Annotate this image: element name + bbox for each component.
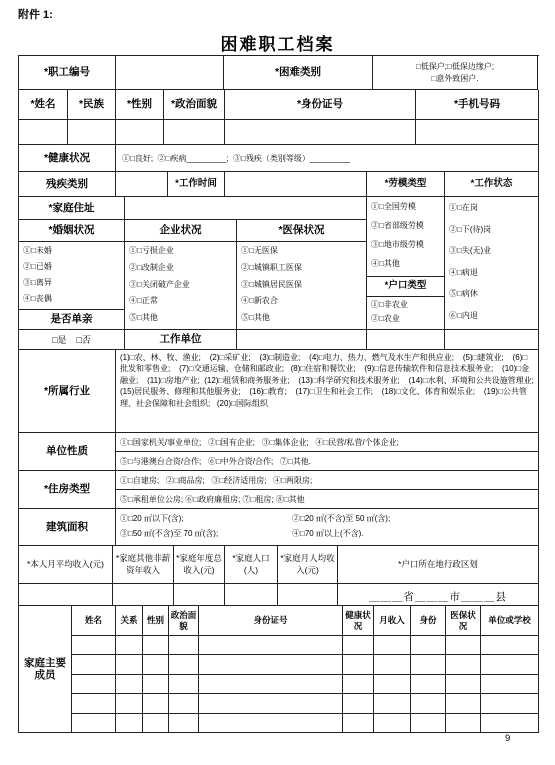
building-area-option: ②□20 ㎡(不含)至 50 ㎡(含); [292, 513, 390, 524]
hukou-option: ①□非农业 [371, 301, 442, 310]
personal-income-value-cell [19, 584, 113, 606]
family-empty-rows [72, 636, 539, 733]
family-empty-row [72, 636, 539, 655]
family-annual-income-header: *家庭年度总收入(元) [174, 546, 225, 584]
industry-options: (1)□农、林、牧、渔业; (2)□采矿业; (3)□制造业; (4)□电力、热… [116, 350, 539, 433]
family-value-cell [481, 714, 539, 733]
row-housing: *住房类型 ①□自建房; ②□商品房; ③□经济适用房; ④□两限房; ⑤□承租… [19, 471, 539, 509]
family-value-cell [72, 714, 116, 733]
form-table: *职工编号 *困难类别 □低保户;□低保边缘户; □意外致困户. *姓名 *民族… [18, 55, 539, 733]
ethnicity-header: *民族 [68, 90, 116, 120]
hukou-option: ②□农业 [371, 315, 442, 324]
insurance-option: ⑤□其他 [241, 314, 364, 323]
hukou-region-value: ＿＿＿省＿＿＿市＿＿＿县 [338, 584, 539, 606]
family-value-cell [199, 675, 343, 694]
housing-line: ①□自建房; ②□商品房; ③□经济适用房; ④□两限房; [116, 471, 539, 490]
difficulty-category-options: □低保户;□低保边缘户; □意外致困户. [373, 56, 538, 90]
model-worker-option: ③□地市级劳模 [371, 241, 442, 250]
family-value-cell [169, 694, 199, 713]
insurance-column: *医保状况 ①□无医保 ②□城镇职工医保 ③□城镇居民医保 ④□新农合 ⑤□其他 [237, 220, 367, 350]
enterprise-option: ②□改制企业 [129, 264, 234, 273]
family-other-income-value-cell [113, 584, 174, 606]
family-value-cell [72, 694, 116, 713]
family-value-cell [411, 675, 446, 694]
family-value-cell [446, 655, 481, 674]
work-status-filler-cell [445, 330, 539, 350]
row-home-address: *家庭住址 [19, 197, 367, 220]
insurance-option: ④□新农合 [241, 297, 364, 306]
family-empty-row [72, 694, 539, 713]
model-worker-option: ②□省部级劳模 [371, 222, 442, 231]
difficulty-option-line: □低保户;□低保边缘户; [416, 61, 494, 73]
health-label: *健康状况 [19, 145, 116, 172]
work-unit-label: 工作单位 [125, 330, 237, 350]
id-number-value-cell [225, 120, 416, 145]
gender-value-cell [116, 120, 164, 145]
work-status-label: *工作状态 [445, 172, 539, 197]
row-health: *健康状况 ①□良好; ②□疾病_________; ③□残疾（类别等级）___… [19, 145, 539, 172]
family-value-cell [343, 636, 374, 655]
model-worker-label: *劳模类型 [367, 172, 445, 197]
building-area-label: 建筑面积 [19, 509, 116, 546]
row-disability-worktime: 残疾类别 *工作时间 [19, 172, 367, 197]
marital-option: ①□未婚 [23, 247, 122, 256]
enterprise-option: ④□正常 [129, 297, 234, 306]
family-value-cell [116, 675, 143, 694]
row-industry: *所属行业 (1)□农、林、牧、渔业; (2)□采矿业; (3)□制造业; (4… [19, 350, 539, 433]
unit-nature-line: ①□国家机关/事业单位; ②□国有企业; ③□集体企业; ④□民营/私营/个体企… [116, 433, 539, 452]
model-worker-option: ④□其他 [371, 260, 442, 269]
marital-option: ④□丧偶 [23, 295, 122, 304]
family-empty-row [72, 714, 539, 733]
family-value-cell [343, 655, 374, 674]
family-value-cell [143, 636, 169, 655]
difficulty-option-line: □意外致困户. [431, 73, 478, 85]
family-gender-header: 性别 [143, 606, 169, 636]
family-value-cell [116, 636, 143, 655]
work-status-option: ③□失(无)业 [449, 247, 536, 256]
housing-options: ①□自建房; ②□商品房; ③□经济适用房; ④□两限房; ⑤□承租单位公房; … [116, 471, 539, 509]
family-percapita-income-value-cell [278, 584, 338, 606]
family-unit-school-header: 单位或学校 [481, 606, 539, 636]
family-value-cell [143, 675, 169, 694]
insurance-label: *医保状况 [237, 220, 367, 242]
family-section: 家庭主要成员 姓名 关系 性别 政治面貌 身份证号 健康状况 月收入 身份 医保… [19, 606, 539, 733]
enterprise-column: 企业状况 ①□亏损企业 ②□改制企业 ③□关闭破产企业 ④□正常 ⑤□其他 工作… [125, 220, 237, 350]
family-value-cell [411, 655, 446, 674]
page-title: 困难职工档案 [0, 30, 555, 55]
ethnicity-value-cell [68, 120, 116, 145]
name-header: *姓名 [19, 90, 68, 120]
political-status-value-cell [164, 120, 225, 145]
family-insurance-header: 医保状况 [446, 606, 481, 636]
work-time-label: *工作时间 [168, 172, 225, 197]
hukou-label: *户口类型 [367, 277, 445, 297]
enterprise-option: ③□关闭破产企业 [129, 281, 234, 290]
single-parent-label: 是否单亲 [19, 310, 125, 330]
family-other-income-header: *家庭其他非薪资年收入 [113, 546, 174, 584]
insurance-option: ②□城镇职工医保 [241, 264, 364, 273]
family-value-cell [343, 694, 374, 713]
family-header-row: 姓名 关系 性别 政治面貌 身份证号 健康状况 月收入 身份 医保状况 单位或学… [72, 606, 539, 636]
personal-income-header: *本人月平均收入(元) [19, 546, 113, 584]
family-size-value-cell [225, 584, 278, 606]
document-page: 附件 1: 困难职工档案 *职工编号 *困难类别 □低保户;□低保边缘户; □意… [0, 0, 555, 765]
family-value-cell [143, 714, 169, 733]
row-income-headers: *本人月平均收入(元) *家庭其他非薪资年收入 *家庭年度总收入(元) *家庭人… [19, 546, 539, 584]
hukou-filler-cell [367, 330, 445, 350]
work-status-option: ⑤□病休 [449, 290, 536, 299]
hukou-options: ①□非农业 ②□农业 [367, 297, 445, 330]
family-value-cell [116, 655, 143, 674]
marital-label: *婚姻状况 [19, 220, 125, 242]
marital-column: *婚姻状况 ①□未婚 ②□已婚 ③□离异 ④□丧偶 是否单亲 □是 □否 [19, 220, 125, 350]
name-value-cell [19, 120, 68, 145]
family-value-cell [446, 636, 481, 655]
family-empty-row [72, 655, 539, 674]
health-options: ①□良好; ②□疾病_________; ③□残疾（类别等级）_________ [116, 145, 539, 172]
model-worker-option: ①□全国劳模 [371, 203, 442, 212]
family-value-cell [143, 694, 169, 713]
phone-header: *手机号码 [416, 90, 539, 120]
family-value-cell [169, 636, 199, 655]
gender-header: *性别 [116, 90, 164, 120]
phone-value-cell [416, 120, 539, 145]
family-value-cell [374, 675, 411, 694]
family-value-cell [116, 694, 143, 713]
family-value-cell [374, 714, 411, 733]
family-value-cell [411, 694, 446, 713]
worker-id-value-cell [116, 56, 224, 90]
family-value-cell [481, 694, 539, 713]
family-value-cell [343, 675, 374, 694]
building-area-option: ④□70 ㎡以上(不含). [292, 528, 364, 539]
family-value-cell [481, 655, 539, 674]
family-value-cell [374, 694, 411, 713]
family-value-cell [199, 714, 343, 733]
family-value-cell [446, 714, 481, 733]
family-section-label: 家庭主要成员 [19, 606, 72, 733]
family-value-cell [343, 714, 374, 733]
family-value-cell [169, 714, 199, 733]
work-unit-value-cell [237, 330, 367, 350]
building-area-option: ③□50 ㎡(不含)至 70 ㎡(含); [120, 528, 292, 539]
family-political-header: 政治面貌 [169, 606, 199, 636]
building-area-option: ①□20 ㎡以下(含); [120, 513, 292, 524]
row-worker-id: *职工编号 *困难类别 □低保户;□低保边缘户; □意外致困户. [19, 56, 539, 90]
home-address-value-cell [125, 197, 367, 220]
family-value-cell [116, 714, 143, 733]
work-status-option: ⑥□内退 [449, 312, 536, 321]
family-value-cell [481, 675, 539, 694]
family-value-cell [72, 655, 116, 674]
work-status-option: ①□在岗 [449, 204, 536, 213]
page-number: 9 [505, 733, 510, 744]
family-monthly-income-header: 月收入 [374, 606, 411, 636]
id-number-header: *身份证号 [225, 90, 416, 120]
family-value-cell [199, 694, 343, 713]
family-value-cell [446, 675, 481, 694]
political-status-header: *政治面貌 [164, 90, 225, 120]
family-value-cell [72, 636, 116, 655]
family-value-cell [411, 714, 446, 733]
building-area-line: ①□20 ㎡以下(含); ②□20 ㎡(不含)至 50 ㎡(含); [116, 513, 538, 524]
family-value-cell [72, 675, 116, 694]
attachment-label: 附件 1: [18, 6, 53, 22]
row-building-area: 建筑面积 ①□20 ㎡以下(含); ②□20 ㎡(不含)至 50 ㎡(含); ③… [19, 509, 539, 546]
family-value-cell [169, 675, 199, 694]
building-area-line: ③□50 ㎡(不含)至 70 ㎡(含); ④□70 ㎡以上(不含). [116, 528, 538, 539]
model-worker-options: ①□全国劳模 ②□省部级劳模 ③□地市级劳模 ④□其他 [367, 197, 445, 277]
insurance-option: ①□无医保 [241, 247, 364, 256]
enterprise-label: 企业状况 [125, 220, 237, 242]
family-value-cell [199, 655, 343, 674]
family-value-cell [374, 655, 411, 674]
family-relation-header: 关系 [116, 606, 143, 636]
disability-type-value-cell [116, 172, 168, 197]
row-identity-headers: *姓名 *民族 *性别 *政治面貌 *身份证号 *手机号码 [19, 90, 539, 120]
family-value-cell [169, 655, 199, 674]
family-id-number-header: 身份证号 [199, 606, 343, 636]
middle-band: 残疾类别 *工作时间 *家庭住址 *婚姻状况 ①□未婚 ②□已婚 [19, 172, 539, 350]
model-worker-column: *劳模类型 ①□全国劳模 ②□省部级劳模 ③□地市级劳模 ④□其他 *户口类型 … [367, 172, 445, 350]
family-name-header: 姓名 [72, 606, 116, 636]
industry-label: *所属行业 [19, 350, 116, 433]
family-value-cell [143, 655, 169, 674]
enterprise-option: ①□亏损企业 [129, 247, 234, 256]
home-address-label: *家庭住址 [19, 197, 125, 220]
family-value-cell [374, 636, 411, 655]
middle-left-block: 残疾类别 *工作时间 *家庭住址 *婚姻状况 ①□未婚 ②□已婚 [19, 172, 367, 350]
marital-options: ①□未婚 ②□已婚 ③□离异 ④□丧偶 [19, 242, 125, 310]
family-percapita-income-header: *家庭月人均收入(元) [278, 546, 338, 584]
family-health-header: 健康状况 [343, 606, 374, 636]
enterprise-options: ①□亏损企业 ②□改制企业 ③□关闭破产企业 ④□正常 ⑤□其他 [125, 242, 237, 330]
disability-type-label: 残疾类别 [19, 172, 116, 197]
work-status-options: ①□在岗 ②□下(待)岗 ③□失(无)业 ④□病退 ⑤□病休 ⑥□内退 [445, 197, 539, 330]
insurance-options: ①□无医保 ②□城镇职工医保 ③□城镇居民医保 ④□新农合 ⑤□其他 [237, 242, 367, 330]
work-status-option: ②□下(待)岗 [449, 226, 536, 235]
row-income-values: ＿＿＿省＿＿＿市＿＿＿县 [19, 584, 539, 606]
unit-nature-label: 单位性质 [19, 433, 116, 471]
housing-line: ⑤□承租单位公房; ⑥□政府廉租房; ⑦□租房; ⑧□其他 [116, 490, 539, 509]
housing-label: *住房类型 [19, 471, 116, 509]
hukou-region-header: *户口所在地行政区划 [338, 546, 539, 584]
row-identity-values [19, 120, 539, 145]
single-parent-options: □是 □否 [19, 330, 125, 350]
family-value-cell [481, 636, 539, 655]
marital-option: ②□已婚 [23, 263, 122, 272]
family-annual-income-value-cell [174, 584, 225, 606]
family-size-header: *家庭人口(人) [225, 546, 278, 584]
worker-id-label: *职工编号 [19, 56, 116, 90]
difficulty-category-label: *困难类别 [224, 56, 373, 90]
family-value-cell [446, 694, 481, 713]
row-unit-nature: 单位性质 ①□国家机关/事业单位; ②□国有企业; ③□集体企业; ④□民营/私… [19, 433, 539, 471]
work-status-option: ④□病退 [449, 269, 536, 278]
work-status-column: *工作状态 ①□在岗 ②□下(待)岗 ③□失(无)业 ④□病退 ⑤□病休 ⑥□内… [445, 172, 539, 350]
family-value-cell [199, 636, 343, 655]
insurance-option: ③□城镇居民医保 [241, 281, 364, 290]
family-table: 姓名 关系 性别 政治面貌 身份证号 健康状况 月收入 身份 医保状况 单位或学… [72, 606, 539, 733]
work-time-value-cell [225, 172, 367, 197]
marital-option: ③□离异 [23, 279, 122, 288]
family-empty-row [72, 675, 539, 694]
family-identity-header: 身份 [411, 606, 446, 636]
middle-columns: *婚姻状况 ①□未婚 ②□已婚 ③□离异 ④□丧偶 是否单亲 □是 □否 企业状… [19, 220, 367, 350]
enterprise-option: ⑤□其他 [129, 314, 234, 323]
building-area-options: ①□20 ㎡以下(含); ②□20 ㎡(不含)至 50 ㎡(含); ③□50 ㎡… [116, 509, 539, 546]
unit-nature-line: ⑤□与港澳台合资/合作; ⑥□中外合资/合作; ⑦□其他. [116, 452, 539, 471]
family-value-cell [411, 636, 446, 655]
unit-nature-options: ①□国家机关/事业单位; ②□国有企业; ③□集体企业; ④□民营/私营/个体企… [116, 433, 539, 471]
